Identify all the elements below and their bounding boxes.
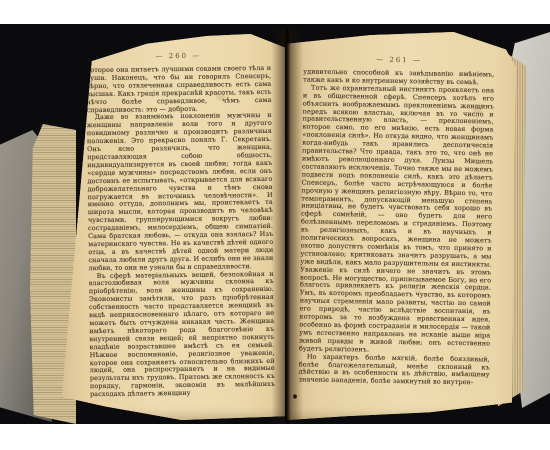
left-page: — 260 — которое она питаетъ лучшими сока…: [55, 34, 285, 422]
paragraph: Въ сферѣ матеріальныхъ вещей, безпокойна…: [89, 270, 276, 399]
book-photo: — 260 — которое она питаетъ лучшими сока…: [0, 24, 550, 424]
right-page-content: — 261 — удивительно способной къ завѣдыв…: [298, 55, 494, 388]
left-page-text: которое она питаетъ лучшими соками своег…: [86, 65, 275, 399]
right-page-text: удивительно способной къ завѣдыванію имѣ…: [298, 69, 494, 388]
paragraph: Но характеръ болѣе мягкій, болѣе боязлив…: [298, 353, 489, 388]
left-page-content: — 260 — которое она питаетъ лучшими сока…: [86, 51, 275, 399]
photo-frame: — 260 — которое она питаетъ лучшими сока…: [0, 0, 550, 450]
paragraph: Даже во взаимномъ поклоненіи мужчины и ж…: [87, 112, 274, 272]
right-page: — 261 — удивительно способной къ завѣдыв…: [287, 32, 525, 422]
paragraph: Тотъ же охранительный инстинктъ проявляе…: [299, 84, 494, 356]
paragraph: которое она питаетъ лучшими соками своег…: [86, 65, 272, 115]
ink-spot: [293, 394, 297, 399]
left-page-number: — 260 —: [86, 51, 271, 61]
right-page-number: — 261 —: [303, 55, 494, 66]
